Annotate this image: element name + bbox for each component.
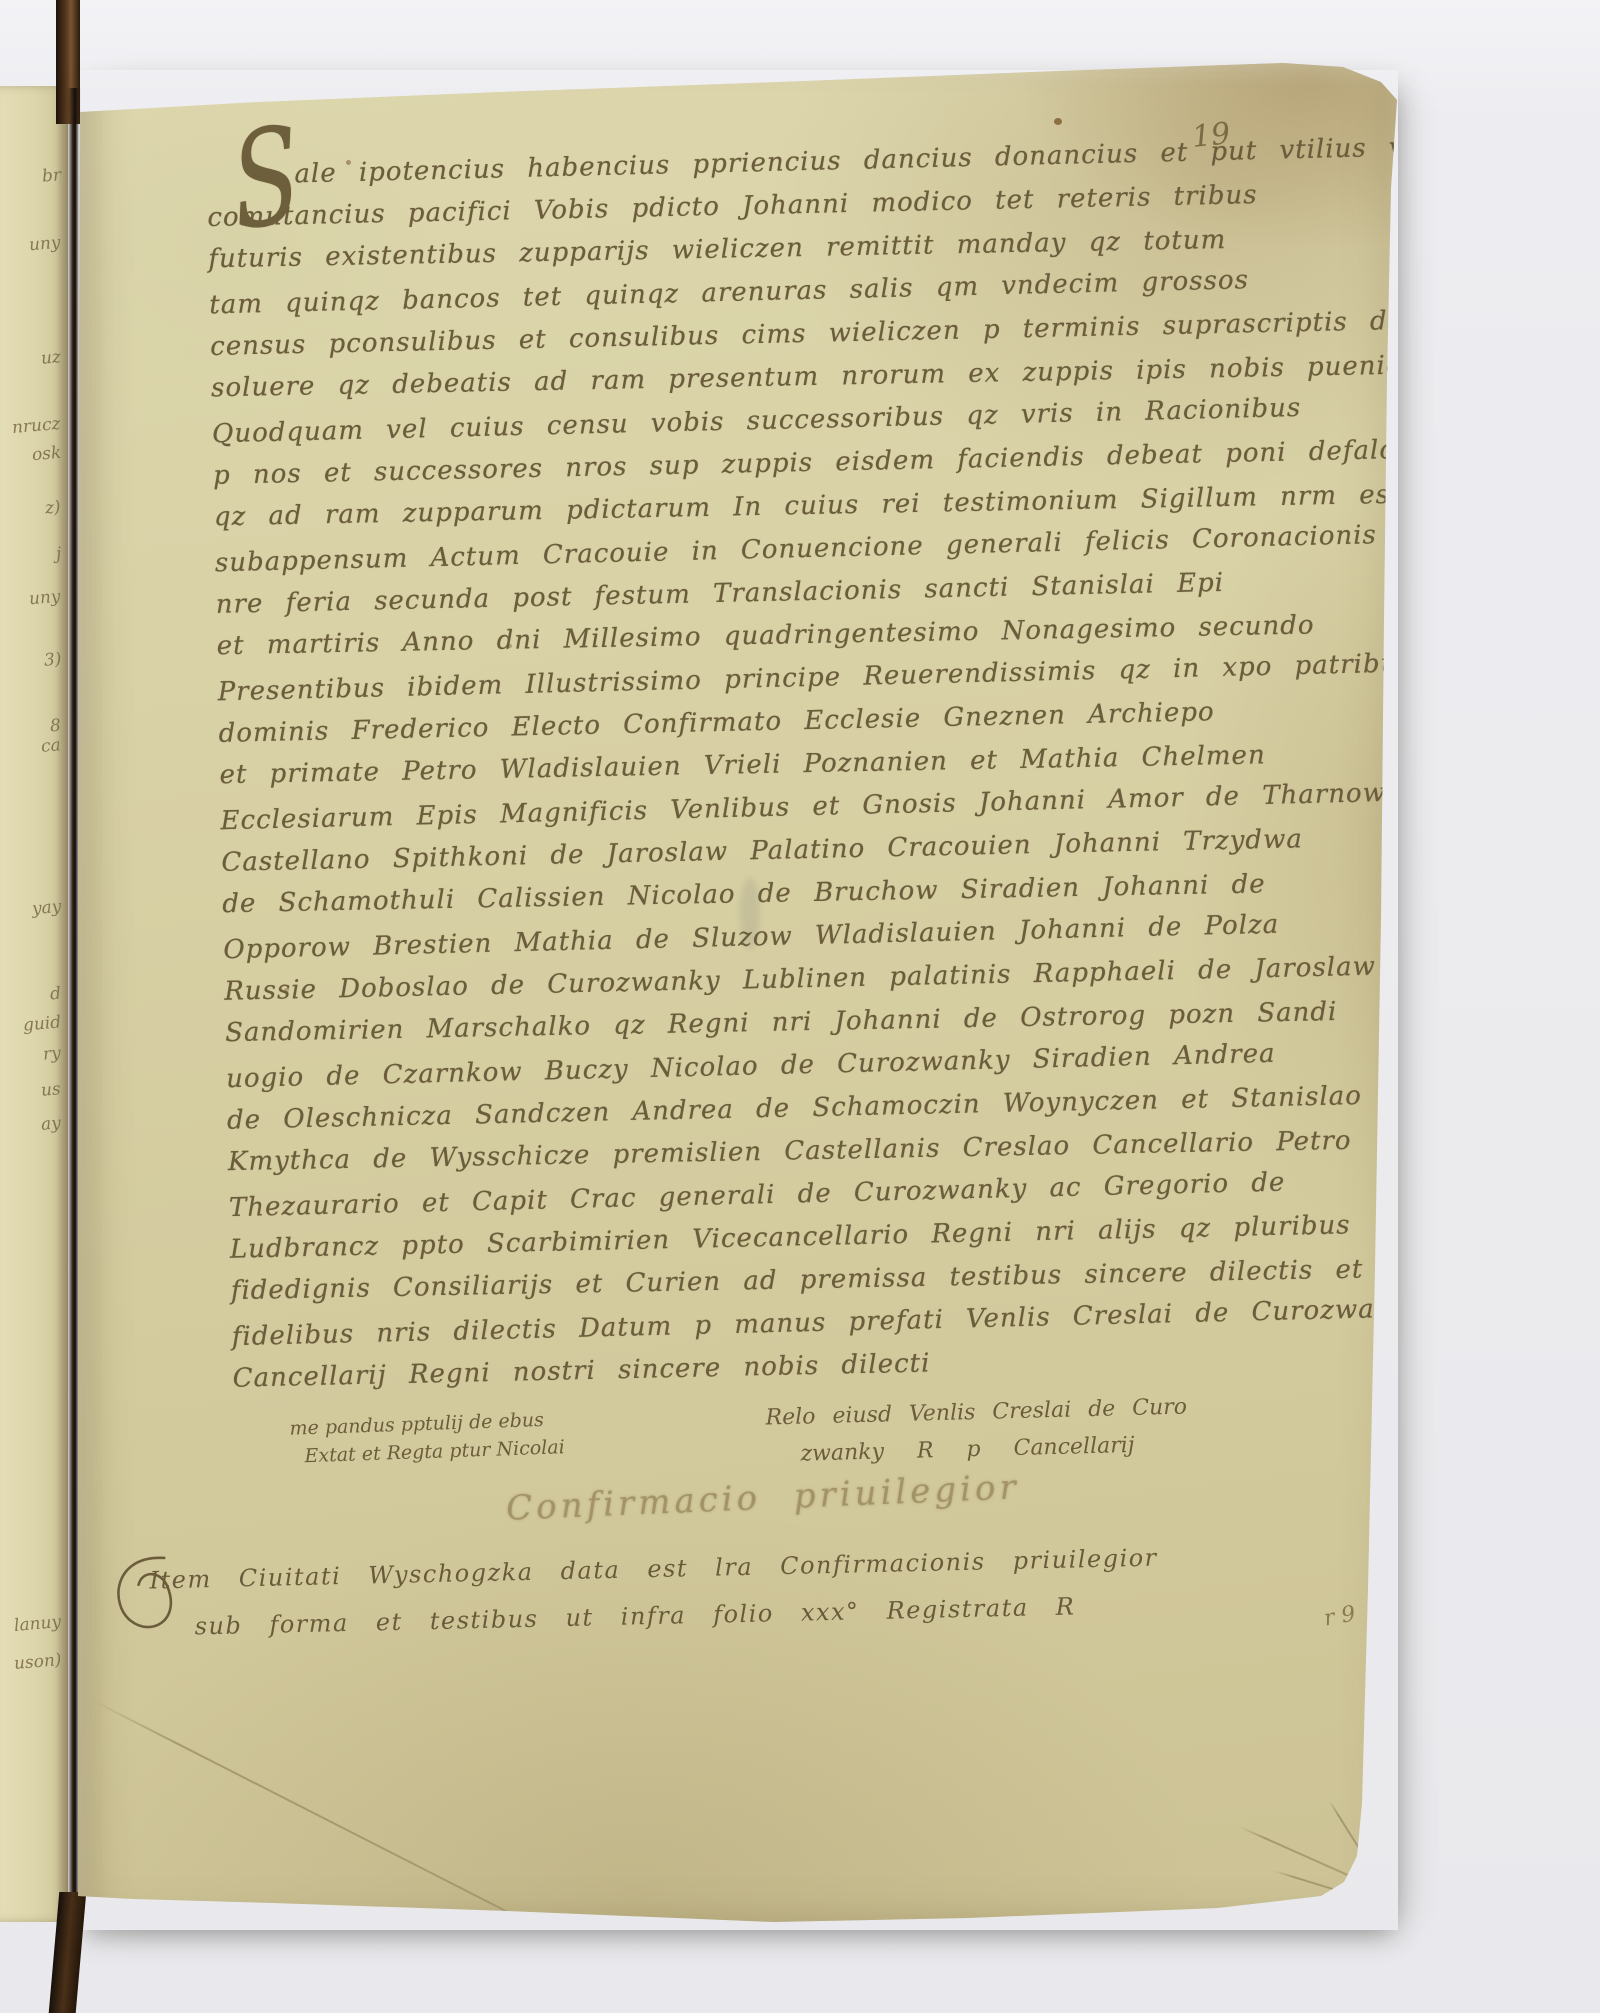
margin-fragment: 3) [43,649,62,670]
margin-fragment: d [49,984,62,1005]
manuscript-page: 19 S ale ipotencius habencius ppriencius… [78,58,1404,1930]
margin-fragment: guid [22,1012,62,1035]
facing-page-edge: brunyuznruczoskz)juny3)8cayaydguidryusay… [0,86,68,1922]
photo-backdrop: { "colors":{ "backdrop":"#ebebee","parch… [0,0,1600,2013]
stain-fleck [346,160,351,165]
margin-fragment: yay [31,897,62,919]
margin-fragment: 8 [49,716,62,737]
corner-mark: r 9 [1322,1601,1357,1631]
margin-fragment: ca [41,735,62,757]
margin-fragment: ay [40,1113,61,1135]
text-lines: ale ipotencius habencius ppriencius danc… [206,129,1393,1401]
margin-fragment: br [41,165,62,187]
registration-note-right: Relo eiusd Venlis Creslai de Curo zwanky… [765,1388,1188,1473]
body-text: S ale ipotencius habencius ppriencius da… [206,129,1393,1401]
margin-fragment: lanuy [13,1612,62,1636]
margin-fragment: uz [40,347,62,369]
stain-fleck [1054,118,1062,125]
margin-fragment: z) [45,497,62,518]
stain-fleck [284,988,289,992]
faded-heading: Confirmacio priuilegior [505,1467,1020,1528]
margin-fragment: j [55,544,62,564]
margin-fragment: uny [29,587,62,610]
margin-fragment: ry [42,1043,61,1064]
stain-fleck [508,644,512,648]
registration-note-left: me pandus pptulij de ebus Extat et Regta… [289,1405,565,1471]
margin-fragment: us [40,1079,61,1101]
margin-fragment: nrucz [12,414,62,438]
margin-fragment: uny [29,233,62,256]
margin-fragment: uson) [13,1650,62,1674]
ink-smudge [740,878,760,950]
margin-fragment: osk [31,443,62,465]
bottom-entry: Item Ciuitati Wyschogzka data est lra Co… [149,1535,1159,1652]
